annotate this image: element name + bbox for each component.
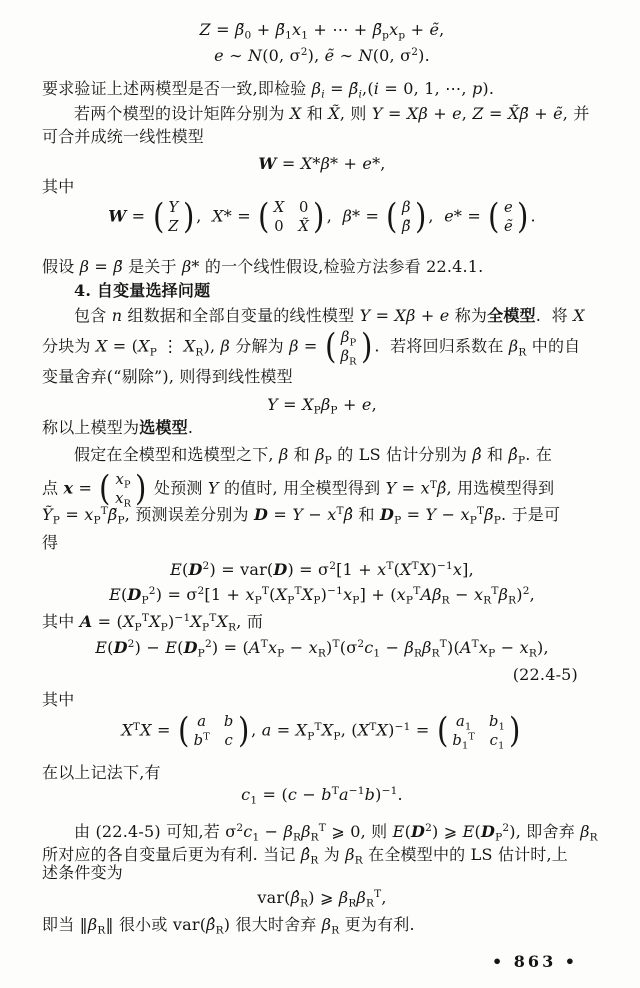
formula-model-z: Z = β̃0 + β̃1x1 + ⋯ + β̃pxp + ẽ,	[42, 18, 602, 42]
text-partition-x-beta: 分块为 X = (XP ⋮ XR), β 分解为 β = (βPβR). 若将回…	[42, 328, 602, 366]
formula-d2-difference: E(D2) − E(DP2) = (ATxP − xR)T(σ2c1 − βRβ…	[42, 636, 602, 660]
text-where-2: 其中	[42, 688, 602, 712]
formula-expected-d2: E(D2) = var(D) = σ2[1 + xT(XTX)−1x],	[42, 558, 602, 582]
formula-expected-dp2: E(DP2) = σ2[1 + xPT(XPTXP)−1xP] + (xPTAβ…	[42, 583, 602, 607]
equation-number: (22.4-5)	[42, 663, 602, 687]
formula-combined-model: W = X*β* + e*,	[42, 152, 602, 176]
formula-c1: c1 = (c − bTa−1b)−1.	[42, 783, 602, 807]
text-full-model-def: 包含 n 组数据和全部自变量的线性模型 Y = Xβ + e 称为全模型. 将 …	[42, 304, 602, 328]
text-combined-model-intro: 可合并成统一线性模型	[42, 125, 602, 149]
formula-error-distributions: e ∼ N(0, σ2), ẽ ∼ N(0, σ2).	[42, 44, 602, 68]
text-notation-note: 在以上记法下,有	[42, 761, 602, 785]
text-discard-variables: 变量舍弃(“剔除”), 则得到线性模型	[42, 365, 602, 389]
text-condition-part1: 由 (22.4-5) 可知,若 σ2c1 − βRβRT ⩾ 0, 则 E(D2…	[42, 820, 602, 844]
section-heading-variable-selection: 4. 自变量选择问题	[42, 279, 602, 303]
text-condition-part3: 述条件变为	[42, 861, 602, 885]
page-number: • 863 •	[42, 950, 602, 974]
scanned-textbook-page: Z = β̃0 + β̃1x1 + ⋯ + β̃pxp + ẽ, e ∼ N(0…	[0, 0, 640, 988]
text-conclusion: 即当 ‖βR‖ 很小或 var(β̂R) 很大时舍弃 βR 更为有利.	[42, 913, 602, 937]
text-prediction-errors: ỸP = xPTβ̃P, 预测误差分别为 D = Y − xTβ̂ 和 DP =…	[42, 503, 602, 527]
text-design-matrices: 若两个模型的设计矩阵分别为 X 和 X̃, 则 Y = Xβ + e, Z = …	[42, 102, 602, 126]
text-linear-hypothesis-ref: 假设 β = β̃ 是关于 β* 的一个线性假设,检验方法参看 22.4.1.	[42, 255, 602, 279]
formula-block-matrices: W = (YZ), X* = (X00X̃), β* = (ββ̃), e* =…	[42, 198, 602, 236]
text-where-1: 其中	[42, 175, 602, 199]
text-selected-model-name: 称以上模型为选模型.	[42, 416, 602, 440]
formula-selected-model: Y = XPβP + e,	[42, 393, 602, 417]
formula-var-condition: var(β̂R) ⩾ βRβRT,	[42, 886, 602, 910]
text-where-a-matrix: 其中 A = (XPTXP)−1XPTXR, 而	[42, 610, 602, 634]
text-ls-estimates: 假定在全模型和选模型之下, β 和 βP 的 LS 估计分别为 β̂ 和 β̂P…	[42, 443, 602, 467]
text-obtain: 得	[42, 531, 602, 555]
text-check-hypothesis: 要求验证上述两模型是否一致,即检验 βi = β̃i,(i = 0, 1, ⋯,…	[42, 77, 602, 101]
formula-xtx-matrices: XTX = (abbTc), a = XPTXP, (XTX)−1 = (a1b…	[42, 712, 602, 750]
